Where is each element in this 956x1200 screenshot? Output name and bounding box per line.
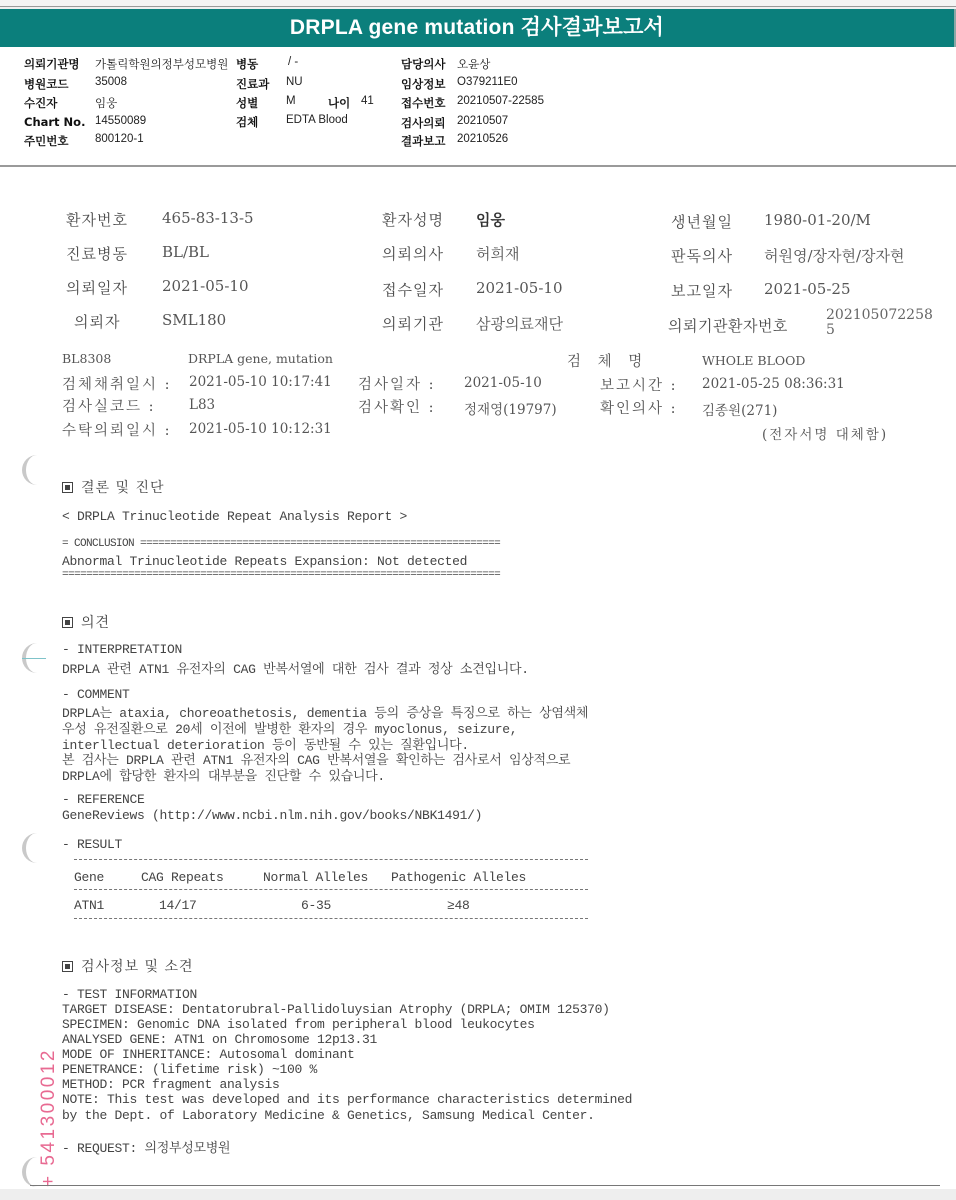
value-result-report: 20210526 <box>457 133 508 145</box>
value-ward: / - <box>288 56 298 68</box>
label-examinee: 수진자 <box>24 95 57 111</box>
interpretation-text: DRPLA 관련 ATN1 유전자의 CAG 반복서열에 대한 검사 결과 정상… <box>62 658 529 677</box>
label-institution-patient-no: 의뢰기관환자번호 <box>668 315 788 336</box>
label-chart-no: Chart No. <box>24 115 85 129</box>
value-lab-code: L83 <box>189 397 215 413</box>
test-info-line: MODE OF INHERITANCE: Autosomal dominant <box>62 1047 355 1062</box>
label-requesting-institution: 의뢰기관명 <box>24 56 80 72</box>
value-receipt-no: 20210507-22585 <box>457 95 544 107</box>
value-report-time: 2021-05-25 08:36:31 <box>702 376 845 392</box>
label-department: 진료과 <box>236 76 269 92</box>
value-attending-physician: 오윤상 <box>457 56 490 72</box>
comment-line: DRPLA에 합당한 환자의 대부분을 진단할 수 있습니다. <box>62 765 385 784</box>
result-cell-pathogenic-alleles: ≥48 <box>447 898 470 913</box>
value-test-date: 2021-05-10 <box>464 375 542 391</box>
section-heading-conclusion: 결론 및 진단 <box>62 477 165 497</box>
punch-hole-mark <box>22 455 48 485</box>
section-heading-test-info: 검사정보 및 소견 <box>62 956 194 976</box>
value-institution-patient-no-line2: 5 <box>826 322 835 338</box>
value-department: NU <box>286 76 303 88</box>
label-test-confirmer: 검사확인 : <box>358 396 436 417</box>
value-birthdate: 1980-01-20/M <box>764 211 871 229</box>
label-requesting-doctor: 의뢰의사 <box>382 243 444 264</box>
label-test-request: 검사의뢰 <box>401 115 445 131</box>
conclusion-line-3: ========================================… <box>62 569 500 581</box>
label-attending-physician: 담당의사 <box>401 56 445 72</box>
bottom-rule <box>30 1185 940 1186</box>
label-ward: 병동 <box>236 56 258 72</box>
value-sex: M <box>286 95 296 107</box>
value-test-request: 20210507 <box>457 115 508 127</box>
value-requesting-doctor: 허희재 <box>476 243 519 264</box>
report-title: DRPLA gene mutation 검사결과보고서 <box>0 9 956 47</box>
label-reading-doctors: 판독의사 <box>671 245 733 266</box>
value-patient-name: 임웅 <box>476 209 505 230</box>
value-collection-time: 2021-05-10 10:17:41 <box>189 374 332 390</box>
esign-note: (전자서명 대체함) <box>762 423 888 443</box>
interpretation-title: - INTERPRETATION <box>62 642 182 657</box>
label-requesting-institution: 의뢰기관 <box>382 313 444 334</box>
label-clinical-info: 임상정보 <box>401 76 445 92</box>
value-specimen-name: WHOLE BLOOD <box>702 353 805 368</box>
punch-hole-line <box>22 658 46 659</box>
label-result-report: 결과보고 <box>401 133 445 149</box>
value-requesting-institution: 삼광의료재단 <box>476 313 563 334</box>
value-resident-no: 800120-1 <box>95 133 144 145</box>
reference-title: - REFERENCE <box>62 792 145 807</box>
table-divider <box>74 889 588 890</box>
result-header-cag-repeats: CAG Repeats <box>141 870 224 885</box>
square-bullet-icon <box>62 482 73 493</box>
square-bullet-icon <box>62 961 73 972</box>
test-info-line: TARGET DISEASE: Dentatorubral-Pallidoluy… <box>62 1002 610 1017</box>
comment-title: - COMMENT <box>62 687 130 702</box>
reference-text: GeneReviews (http://www.ncbi.nlm.nih.gov… <box>62 808 482 823</box>
value-institution-patient-no-line1: 202105072258 <box>826 307 933 323</box>
label-report-time: 보고시간 : <box>600 374 678 395</box>
summary-header: 의뢰기관명 가톨릭학원의정부성모병원 병원코드 35008 수진자 임웅 Cha… <box>0 47 956 167</box>
test-name: DRPLA gene, mutation <box>188 351 333 366</box>
value-institution-patient-no: 202105072258 5 <box>826 308 933 338</box>
value-reading-doctors: 허원영/장자현/장자현 <box>764 245 905 266</box>
label-specimen: 검체 <box>236 114 258 130</box>
label-ward: 진료병동 <box>66 243 128 264</box>
result-header-pathogenic-alleles: Pathogenic Alleles <box>391 870 526 885</box>
label-report-date: 보고일자 <box>671 280 733 301</box>
label-sex: 성별 <box>236 95 258 111</box>
value-ward: BL/BL <box>162 243 209 261</box>
test-info-line: SPECIMEN: Genomic DNA isolated from peri… <box>62 1017 535 1032</box>
conclusion-line-2: Abnormal Trinucleotide Repeats Expansion… <box>62 554 467 569</box>
result-header-normal-alleles: Normal Alleles <box>263 870 368 885</box>
label-patient-no: 환자번호 <box>66 209 128 230</box>
label-test-date: 검사일자 : <box>358 373 436 394</box>
request-line: - REQUEST: 의정부성모병원 <box>62 1137 230 1156</box>
result-header-gene: Gene <box>74 870 104 885</box>
table-divider <box>74 918 588 919</box>
test-info-line: PENETRANCE: (lifetime risk) ~100 % <box>62 1062 317 1077</box>
value-chart-no: 14550089 <box>95 115 146 127</box>
label-specimen-name: 검 체 명 <box>567 350 648 371</box>
value-consignment-time: 2021-05-10 10:12:31 <box>189 421 332 437</box>
value-clinical-info: O379211E0 <box>457 76 518 88</box>
value-receipt-date: 2021-05-10 <box>476 279 562 297</box>
value-test-confirmer: 정재영(19797) <box>464 398 557 418</box>
label-patient-name: 환자성명 <box>382 209 444 230</box>
top-rule <box>0 0 956 7</box>
scanned-report: 환자번호 465-83-13-5 환자성명 임웅 생년월일 1980-01-20… <box>0 167 956 1189</box>
value-patient-no: 465-83-13-5 <box>162 209 254 227</box>
value-requester: SML180 <box>162 311 226 329</box>
result-cell-gene: ATN1 <box>74 898 104 913</box>
report-title-line: < DRPLA Trinucleotide Repeat Analysis Re… <box>62 509 407 524</box>
label-resident-no: 주민번호 <box>24 133 68 149</box>
label-collection-time: 검체채취일시 : <box>62 373 172 394</box>
value-request-date: 2021-05-10 <box>162 277 248 295</box>
test-info-title: - TEST INFORMATION <box>62 987 197 1002</box>
label-lab-code: 검사실코드 : <box>62 395 156 416</box>
label-confirming-doctor: 확인의사 : <box>600 397 678 418</box>
result-cell-normal-alleles: 6-35 <box>301 898 331 913</box>
label-age: 나이 <box>328 95 350 111</box>
page-footer-gap <box>0 1189 956 1200</box>
value-requesting-institution: 가톨릭학원의정부성모병원 <box>95 56 228 72</box>
test-info-line: ANALYSED GENE: ATN1 on Chromosome 12p13.… <box>62 1032 377 1047</box>
punch-hole-mark <box>22 833 48 863</box>
label-hospital-code: 병원코드 <box>24 76 68 92</box>
value-hospital-code: 35008 <box>95 76 127 88</box>
label-consignment-time: 수탁의뢰일시 : <box>62 419 172 440</box>
label-requester: 의뢰자 <box>74 311 120 332</box>
result-cell-cag-repeats: 14/17 <box>159 898 197 913</box>
label-receipt-date: 접수일자 <box>382 279 444 300</box>
stamp-number: + 541300012 <box>38 1048 60 1187</box>
value-specimen: EDTA Blood <box>286 114 348 126</box>
result-title: - RESULT <box>62 837 122 852</box>
value-examinee: 임웅 <box>95 95 117 111</box>
test-info-line: NOTE: This test was developed and its pe… <box>62 1092 632 1107</box>
label-request-date: 의뢰일자 <box>66 277 128 298</box>
label-receipt-no: 접수번호 <box>401 95 445 111</box>
conclusion-line-1: = CONCLUSION ===========================… <box>62 538 500 550</box>
test-info-line: METHOD: PCR fragment analysis <box>62 1077 280 1092</box>
value-confirming-doctor: 김종원(271) <box>702 399 777 419</box>
test-code: BL8308 <box>62 351 111 366</box>
value-age: 41 <box>361 95 374 107</box>
test-info-line: by the Dept. of Laboratory Medicine & Ge… <box>62 1108 595 1123</box>
square-bullet-icon <box>62 617 73 628</box>
label-birthdate: 생년월일 <box>671 211 733 232</box>
value-report-date: 2021-05-25 <box>764 280 850 298</box>
section-heading-opinion: 의견 <box>62 612 110 632</box>
table-divider <box>74 859 588 860</box>
